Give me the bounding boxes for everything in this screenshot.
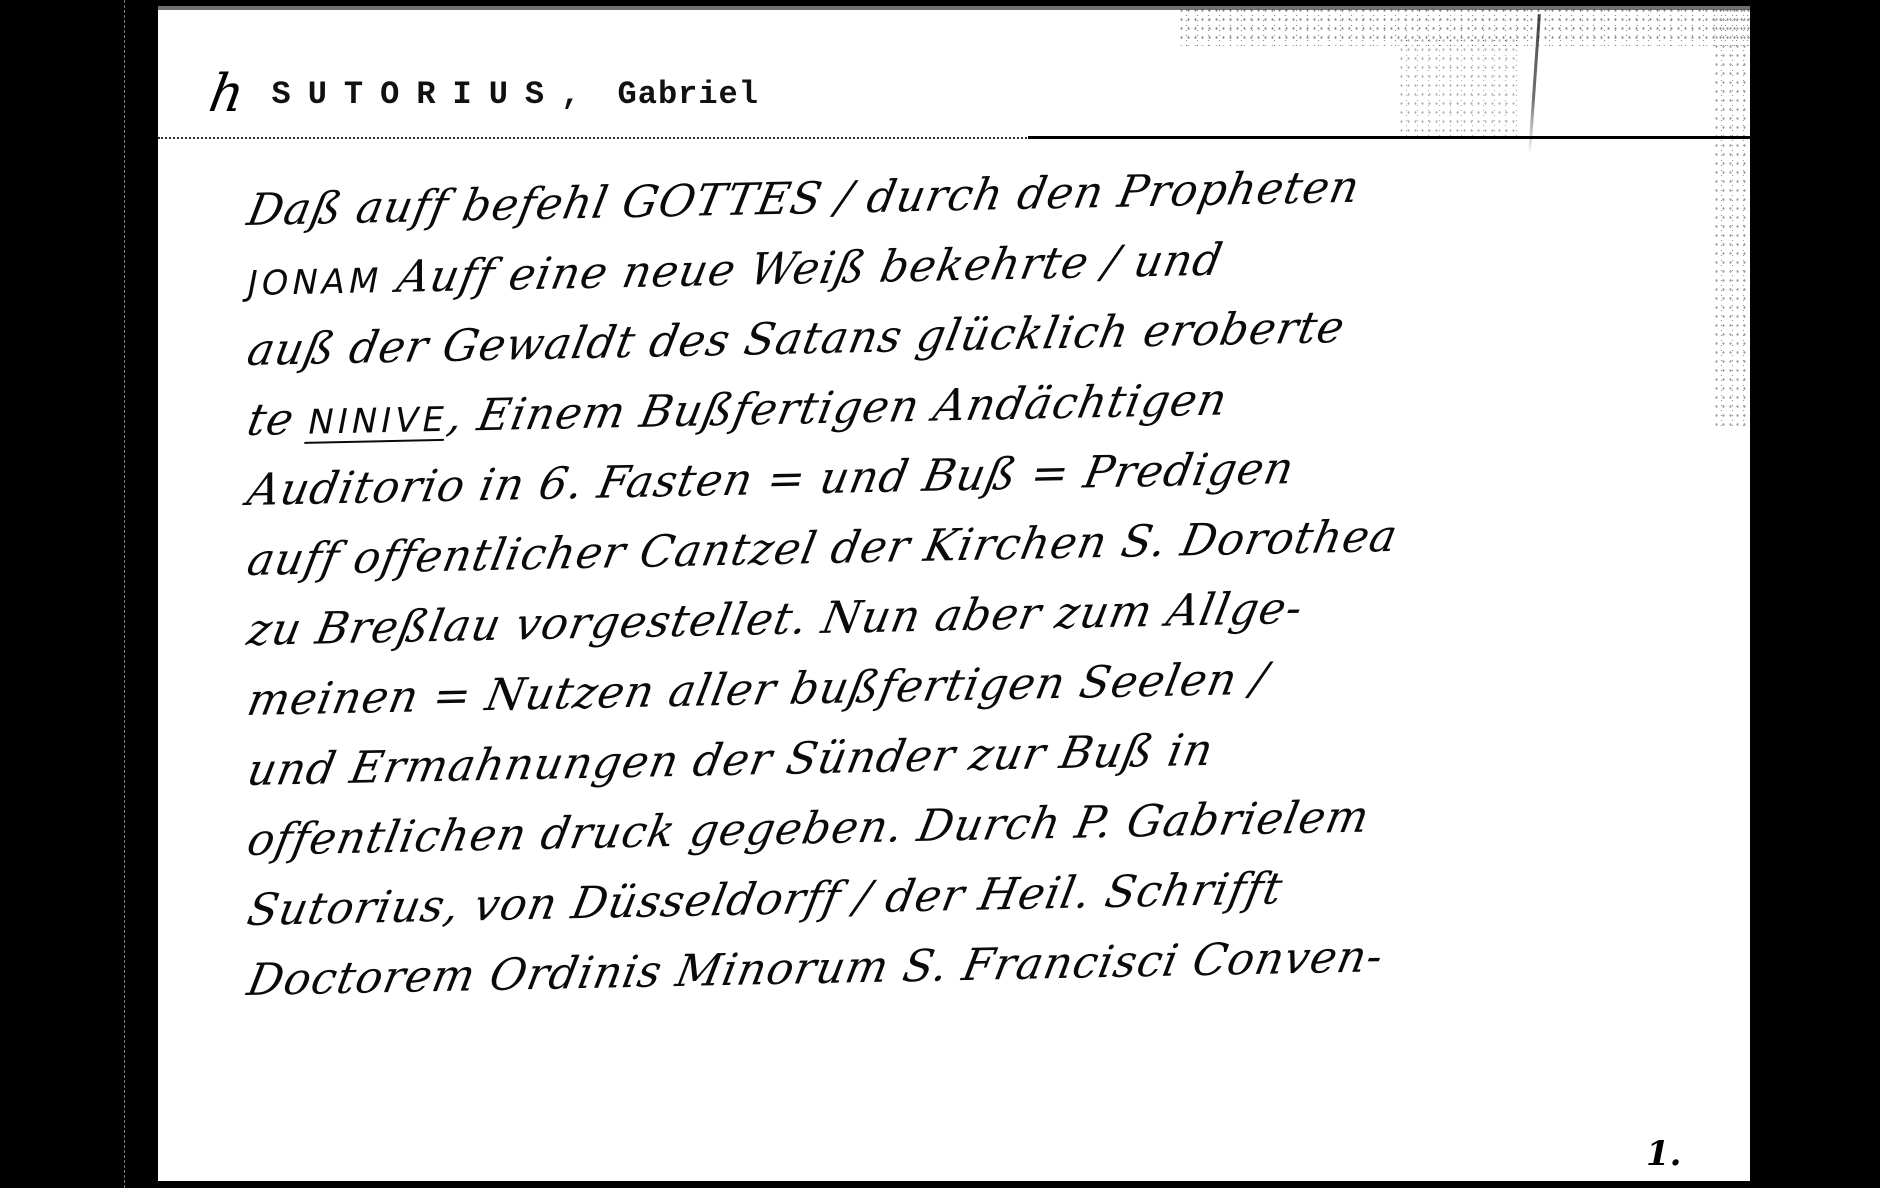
printed-caps-jonam: JONAM — [244, 261, 386, 304]
scan-frame: h SUTORIUS, Gabriel Daß auff befehl GOTT… — [0, 0, 1880, 1188]
card-bottom-edge — [158, 1181, 1750, 1184]
card-page-number: 1. — [1646, 1134, 1682, 1174]
handwritten-marker: h — [205, 68, 248, 120]
scan-stain — [1398, 36, 1518, 136]
header-separator-solid — [1028, 136, 1750, 139]
title-surname: SUTORIUS, — [272, 76, 598, 113]
card-title: SUTORIUS, Gabriel — [272, 76, 759, 113]
card-header: h SUTORIUS, Gabriel — [210, 64, 759, 124]
scan-noise-right — [1713, 6, 1750, 426]
handwritten-body: Daß auff befehl GOTTES / durch den Proph… — [248, 176, 1708, 1016]
scan-border-rule — [124, 0, 125, 1188]
underlined-ninive: NINIVE — [304, 400, 451, 443]
index-card: h SUTORIUS, Gabriel Daß auff befehl GOTT… — [158, 6, 1750, 1184]
title-given-name: Gabriel — [618, 76, 759, 113]
